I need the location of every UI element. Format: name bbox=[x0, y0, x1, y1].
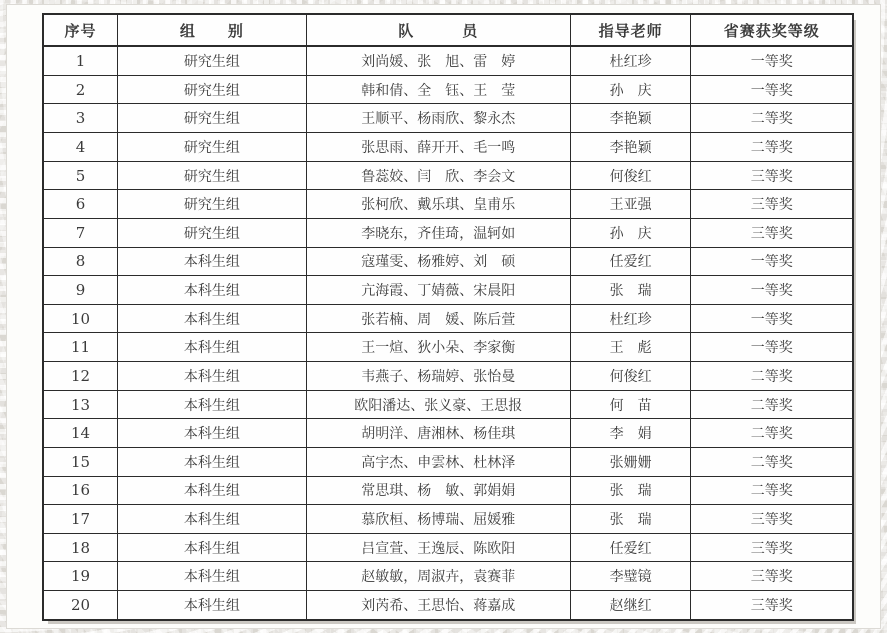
cell-team-members: 高宇杰、申雲林、杜林泽 bbox=[306, 447, 570, 476]
cell-advisor: 何俊红 bbox=[570, 161, 691, 190]
cell-team-members: 鲁蕊姣、闫 欣、李会文 bbox=[306, 161, 570, 190]
cell-advisor: 张 瑞 bbox=[570, 276, 691, 305]
cell-group: 本科生组 bbox=[118, 362, 307, 391]
cell-team-members: 王一煊、狄小朵、李家衡 bbox=[306, 333, 570, 362]
cell-award-level: 三等奖 bbox=[691, 505, 853, 534]
cell-serial-number: 7 bbox=[43, 218, 118, 247]
cell-advisor: 李 娟 bbox=[570, 419, 691, 448]
cell-award-level: 三等奖 bbox=[691, 218, 853, 247]
cell-award-level: 二等奖 bbox=[691, 362, 853, 391]
cell-award-level: 一等奖 bbox=[691, 333, 853, 362]
cell-group: 本科生组 bbox=[118, 390, 307, 419]
cell-award-level: 二等奖 bbox=[691, 419, 853, 448]
cell-award-level: 三等奖 bbox=[691, 591, 853, 620]
cell-serial-number: 9 bbox=[43, 276, 118, 305]
cell-team-members: 王顺平、杨雨欣、黎永杰 bbox=[306, 104, 570, 133]
cell-team-members: 赵敏敏，周淑卉，袁赛菲 bbox=[306, 562, 570, 591]
cell-team-members: 欧阳潘达、张义豪、王思报 bbox=[306, 390, 570, 419]
cell-award-level: 二等奖 bbox=[691, 390, 853, 419]
cell-advisor: 张姗姗 bbox=[570, 447, 691, 476]
header-advisor: 指导老师 bbox=[570, 14, 691, 46]
cell-advisor: 李艳颖 bbox=[570, 104, 691, 133]
table-row: 4研究生组张思雨、薛开开、毛一鸣李艳颖二等奖 bbox=[43, 133, 853, 162]
cell-group: 本科生组 bbox=[118, 476, 307, 505]
table-header: 序号 组 别 队 员 指导老师 省赛获奖等级 bbox=[43, 14, 853, 46]
cell-advisor: 王 彪 bbox=[570, 333, 691, 362]
header-award-level: 省赛获奖等级 bbox=[691, 14, 853, 46]
cell-group: 本科生组 bbox=[118, 591, 307, 620]
cell-award-level: 一等奖 bbox=[691, 75, 853, 104]
cell-serial-number: 17 bbox=[43, 505, 118, 534]
table-row: 19本科生组赵敏敏，周淑卉，袁赛菲李璧镜三等奖 bbox=[43, 562, 853, 591]
cell-advisor: 何俊红 bbox=[570, 362, 691, 391]
cell-advisor: 孙 庆 bbox=[570, 75, 691, 104]
cell-team-members: 寇瑾雯、杨雅婷、刘 硕 bbox=[306, 247, 570, 276]
cell-advisor: 何 苗 bbox=[570, 390, 691, 419]
table-row: 15本科生组高宇杰、申雲林、杜林泽张姗姗二等奖 bbox=[43, 447, 853, 476]
cell-award-level: 一等奖 bbox=[691, 247, 853, 276]
cell-group: 研究生组 bbox=[118, 75, 307, 104]
table-row: 3研究生组王顺平、杨雨欣、黎永杰李艳颖二等奖 bbox=[43, 104, 853, 133]
table-row: 20本科生组刘芮希、王思怡、蒋嘉成赵继红三等奖 bbox=[43, 591, 853, 620]
cell-serial-number: 8 bbox=[43, 247, 118, 276]
cell-group: 本科生组 bbox=[118, 419, 307, 448]
cell-advisor: 李璧镜 bbox=[570, 562, 691, 591]
cell-team-members: 李晓东，齐佳琦，温轲如 bbox=[306, 218, 570, 247]
cell-group: 研究生组 bbox=[118, 218, 307, 247]
cell-serial-number: 13 bbox=[43, 390, 118, 419]
cell-group: 研究生组 bbox=[118, 133, 307, 162]
cell-team-members: 亢海霞、丁婧薇、宋晨阳 bbox=[306, 276, 570, 305]
cell-advisor: 赵继红 bbox=[570, 591, 691, 620]
cell-group: 本科生组 bbox=[118, 333, 307, 362]
cell-advisor: 杜红珍 bbox=[570, 46, 691, 75]
cell-serial-number: 11 bbox=[43, 333, 118, 362]
cell-award-level: 一等奖 bbox=[691, 46, 853, 75]
table-row: 16本科生组常思琪、杨 敏、郭娟娟张 瑞二等奖 bbox=[43, 476, 853, 505]
cell-team-members: 刘尚媛、张 旭、雷 婷 bbox=[306, 46, 570, 75]
cell-group: 本科生组 bbox=[118, 447, 307, 476]
cell-advisor: 李艳颖 bbox=[570, 133, 691, 162]
cell-group: 本科生组 bbox=[118, 562, 307, 591]
cell-serial-number: 18 bbox=[43, 533, 118, 562]
cell-award-level: 二等奖 bbox=[691, 476, 853, 505]
cell-serial-number: 2 bbox=[43, 75, 118, 104]
table-row: 6研究生组张柯欣、戴乐琪、皇甫乐王亚强三等奖 bbox=[43, 190, 853, 219]
cell-advisor: 张 瑞 bbox=[570, 476, 691, 505]
cell-award-level: 三等奖 bbox=[691, 533, 853, 562]
cell-team-members: 张思雨、薛开开、毛一鸣 bbox=[306, 133, 570, 162]
cell-serial-number: 12 bbox=[43, 362, 118, 391]
table-header-row: 序号 组 别 队 员 指导老师 省赛获奖等级 bbox=[43, 14, 853, 46]
table-row: 12本科生组韦燕子、杨瑞婷、张怡曼何俊红二等奖 bbox=[43, 362, 853, 391]
cell-advisor: 王亚强 bbox=[570, 190, 691, 219]
cell-serial-number: 4 bbox=[43, 133, 118, 162]
table-row: 1研究生组刘尚媛、张 旭、雷 婷杜红珍一等奖 bbox=[43, 46, 853, 75]
cell-advisor: 杜红珍 bbox=[570, 304, 691, 333]
cell-award-level: 二等奖 bbox=[691, 447, 853, 476]
cell-advisor: 张 瑞 bbox=[570, 505, 691, 534]
cell-award-level: 三等奖 bbox=[691, 161, 853, 190]
cell-serial-number: 16 bbox=[43, 476, 118, 505]
cell-group: 本科生组 bbox=[118, 533, 307, 562]
table-row: 2研究生组韩和倩、全 钰、王 莹孙 庆一等奖 bbox=[43, 75, 853, 104]
cell-serial-number: 5 bbox=[43, 161, 118, 190]
cell-award-level: 一等奖 bbox=[691, 276, 853, 305]
table-row: 11本科生组王一煊、狄小朵、李家衡王 彪一等奖 bbox=[43, 333, 853, 362]
cell-group: 本科生组 bbox=[118, 304, 307, 333]
cell-serial-number: 10 bbox=[43, 304, 118, 333]
cell-group: 研究生组 bbox=[118, 190, 307, 219]
cell-team-members: 韩和倩、全 钰、王 莹 bbox=[306, 75, 570, 104]
table-body: 1研究生组刘尚媛、张 旭、雷 婷杜红珍一等奖2研究生组韩和倩、全 钰、王 莹孙 … bbox=[43, 46, 853, 620]
cell-group: 本科生组 bbox=[118, 505, 307, 534]
cell-award-level: 二等奖 bbox=[691, 104, 853, 133]
table-row: 18本科生组吕宣萱、王逸辰、陈欧阳任爱红三等奖 bbox=[43, 533, 853, 562]
table-row: 5研究生组鲁蕊姣、闫 欣、李会文何俊红三等奖 bbox=[43, 161, 853, 190]
header-serial-number: 序号 bbox=[43, 14, 118, 46]
cell-advisor: 任爱红 bbox=[570, 247, 691, 276]
header-group: 组 别 bbox=[118, 14, 307, 46]
cell-serial-number: 3 bbox=[43, 104, 118, 133]
cell-team-members: 张柯欣、戴乐琪、皇甫乐 bbox=[306, 190, 570, 219]
cell-serial-number: 20 bbox=[43, 591, 118, 620]
cell-award-level: 三等奖 bbox=[691, 190, 853, 219]
header-team-members: 队 员 bbox=[306, 14, 570, 46]
cell-team-members: 胡明洋、唐湘林、杨佳琪 bbox=[306, 419, 570, 448]
cell-group: 研究生组 bbox=[118, 161, 307, 190]
cell-group: 本科生组 bbox=[118, 247, 307, 276]
cell-serial-number: 14 bbox=[43, 419, 118, 448]
table-row: 7研究生组李晓东，齐佳琦，温轲如孙 庆三等奖 bbox=[43, 218, 853, 247]
cell-award-level: 二等奖 bbox=[691, 133, 853, 162]
table-row: 8本科生组寇瑾雯、杨雅婷、刘 硕任爱红一等奖 bbox=[43, 247, 853, 276]
cell-advisor: 任爱红 bbox=[570, 533, 691, 562]
document-page: 序号 组 别 队 员 指导老师 省赛获奖等级 1研究生组刘尚媛、张 旭、雷 婷杜… bbox=[6, 4, 881, 629]
awards-table: 序号 组 别 队 员 指导老师 省赛获奖等级 1研究生组刘尚媛、张 旭、雷 婷杜… bbox=[42, 13, 854, 621]
cell-group: 研究生组 bbox=[118, 104, 307, 133]
cell-award-level: 一等奖 bbox=[691, 304, 853, 333]
cell-team-members: 常思琪、杨 敏、郭娟娟 bbox=[306, 476, 570, 505]
cell-serial-number: 15 bbox=[43, 447, 118, 476]
table-row: 17本科生组慕欣桓、杨博瑞、屈媛雅张 瑞三等奖 bbox=[43, 505, 853, 534]
cell-serial-number: 1 bbox=[43, 46, 118, 75]
cell-team-members: 慕欣桓、杨博瑞、屈媛雅 bbox=[306, 505, 570, 534]
table-row: 13本科生组欧阳潘达、张义豪、王思报何 苗二等奖 bbox=[43, 390, 853, 419]
table-row: 10本科生组张若楠、周 媛、陈后萱杜红珍一等奖 bbox=[43, 304, 853, 333]
cell-advisor: 孙 庆 bbox=[570, 218, 691, 247]
cell-team-members: 刘芮希、王思怡、蒋嘉成 bbox=[306, 591, 570, 620]
cell-team-members: 吕宣萱、王逸辰、陈欧阳 bbox=[306, 533, 570, 562]
cell-group: 研究生组 bbox=[118, 46, 307, 75]
cell-award-level: 三等奖 bbox=[691, 562, 853, 591]
cell-team-members: 张若楠、周 媛、陈后萱 bbox=[306, 304, 570, 333]
cell-group: 本科生组 bbox=[118, 276, 307, 305]
cell-serial-number: 6 bbox=[43, 190, 118, 219]
table-row: 9本科生组亢海霞、丁婧薇、宋晨阳张 瑞一等奖 bbox=[43, 276, 853, 305]
table-row: 14本科生组胡明洋、唐湘林、杨佳琪李 娟二等奖 bbox=[43, 419, 853, 448]
cell-team-members: 韦燕子、杨瑞婷、张怡曼 bbox=[306, 362, 570, 391]
cell-serial-number: 19 bbox=[43, 562, 118, 591]
